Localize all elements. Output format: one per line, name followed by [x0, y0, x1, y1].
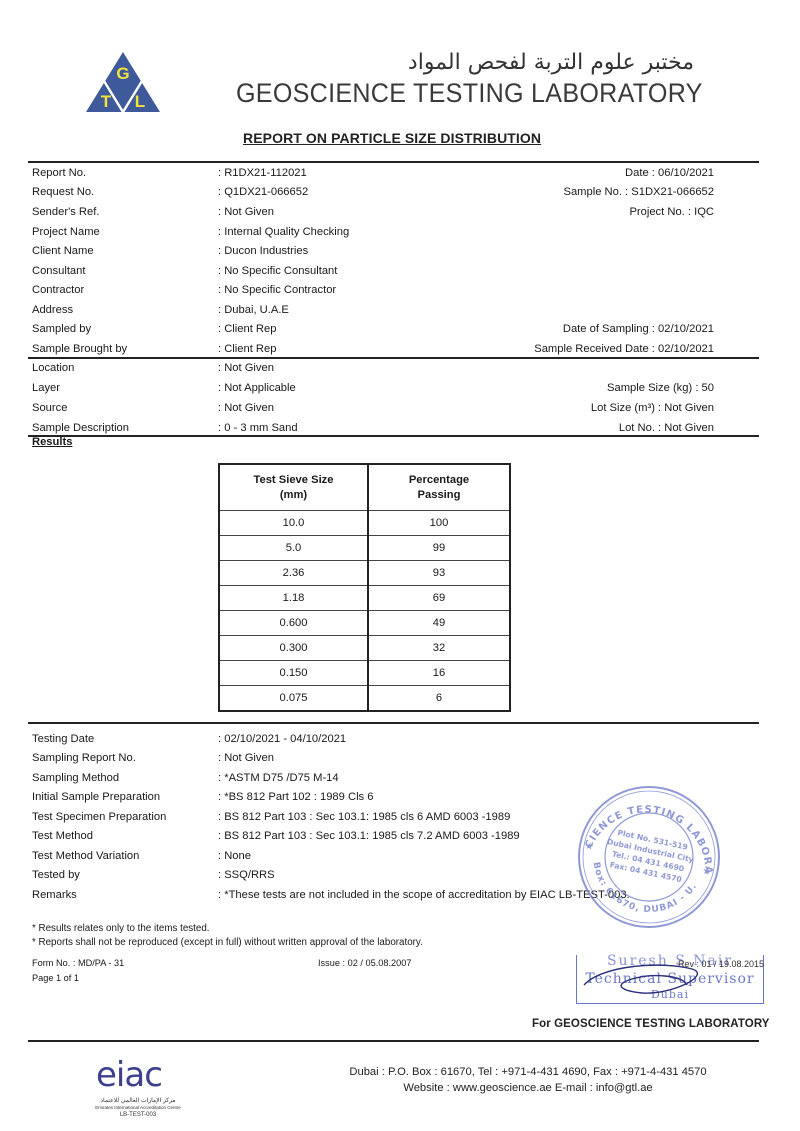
table-row: 0.30032: [219, 636, 510, 661]
info-value: : No Specific Contractor: [218, 282, 336, 298]
lab-name-arabic: مختبر علوم التربة لفحص المواد: [234, 50, 694, 75]
lot-no: Lot No. : Not Given: [619, 420, 714, 436]
info-label: Project Name: [32, 224, 100, 240]
testing-value: : *These tests are not included in the s…: [218, 887, 630, 903]
percentage-passing-cell: 49: [368, 611, 510, 636]
table-row: 2.3693: [219, 561, 510, 586]
signature-stamp: Suresh S Nair Technical Supervisor Dubai…: [572, 955, 768, 1005]
info-label: Sample Description: [32, 420, 129, 436]
info-label: Address: [32, 302, 73, 318]
divider: [28, 435, 759, 437]
table-row: 0.0756: [219, 686, 510, 712]
testing-value: : Not Given: [218, 750, 274, 766]
testing-value: : SSQ/RRS: [218, 867, 275, 883]
svg-text:L: L: [135, 92, 145, 111]
table-row: 1.1869: [219, 586, 510, 611]
testing-value: : None: [218, 848, 251, 864]
testing-value: : *ASTM D75 /D75 M-14: [218, 770, 339, 786]
sample-no: Sample No. : S1DX21-066652: [563, 184, 714, 200]
laboratory-stamp: GEOSCIENCE TESTING LABORATORY P.O.Box: 6…: [574, 782, 724, 932]
note-reproduction: * Reports shall not be reproduced (excep…: [32, 936, 423, 949]
testing-label: Test Specimen Preparation: [32, 809, 166, 825]
info-label: Location: [32, 360, 74, 376]
svg-text:★: ★: [584, 841, 595, 854]
info-label: Sampled by: [32, 321, 91, 337]
sieve-results-table: Test Sieve Size(mm) PercentagePassing 10…: [218, 463, 511, 712]
percentage-passing-cell: 69: [368, 586, 510, 611]
info-value: : Not Given: [218, 204, 274, 220]
footer-contact: Dubai : P.O. Box : 61670, Tel : +971-4-4…: [318, 1064, 738, 1096]
testing-label: Tested by: [32, 867, 80, 883]
info-label: Client Name: [32, 243, 94, 259]
sieve-size-cell: 0.075: [219, 686, 368, 712]
svg-text:★: ★: [701, 866, 712, 879]
divider: [28, 1040, 759, 1042]
footer-web-email: Website : www.geoscience.ae E-mail : inf…: [318, 1080, 738, 1096]
sieve-size-cell: 0.600: [219, 611, 368, 636]
lab-name: GEOSCIENCE TESTING LABORATORY: [236, 78, 703, 109]
info-value: : Dubai, U.A.E: [218, 302, 289, 318]
eiac-logo-icon: eiac: [96, 1055, 162, 1095]
testing-label: Testing Date: [32, 731, 94, 747]
info-value: : Client Rep: [218, 321, 276, 337]
signature-scribble-icon: [572, 955, 768, 1005]
report-title: REPORT ON PARTICLE SIZE DISTRIBUTION: [243, 130, 541, 146]
date-of-sampling: Date of Sampling : 02/10/2021: [563, 321, 714, 337]
sample-size: Sample Size (kg) : 50: [607, 380, 714, 396]
sieve-size-cell: 5.0: [219, 536, 368, 561]
testing-label: Remarks: [32, 887, 77, 903]
project-no: Project No. : IQC: [629, 204, 714, 220]
info-value: : No Specific Consultant: [218, 263, 337, 279]
info-label: Layer: [32, 380, 60, 396]
percentage-passing-cell: 6: [368, 686, 510, 712]
testing-label: Initial Sample Preparation: [32, 789, 160, 805]
sample-received-date: Sample Received Date : 02/10/2021: [534, 341, 714, 357]
lot-size: Lot Size (m³) : Not Given: [591, 400, 714, 416]
info-label: Contractor: [32, 282, 84, 298]
percentage-passing-cell: 16: [368, 661, 510, 686]
results-heading: Results: [32, 436, 72, 448]
page-number: Page 1 of 1: [32, 972, 79, 985]
info-value: : 0 - 3 mm Sand: [218, 420, 298, 436]
divider: [28, 722, 759, 724]
info-value: : R1DX21-112021: [218, 165, 307, 181]
info-label: Sample Brought by: [32, 341, 127, 357]
report-date: Date : 06/10/2021: [625, 165, 714, 181]
issue-info: Issue : 02 / 05.08.2007: [318, 957, 411, 970]
table-row: 10.0100: [219, 511, 510, 536]
table-row: 5.099: [219, 536, 510, 561]
eiac-logo: eiac مركز الإمارات العالمي للاعتماد Emir…: [88, 1055, 200, 1125]
testing-value: : *BS 812 Part 102 : 1989 Cls 6: [218, 789, 373, 805]
sieve-size-cell: 10.0: [219, 511, 368, 536]
divider: [28, 357, 759, 359]
table-row: 0.15016: [219, 661, 510, 686]
testing-label: Sampling Method: [32, 770, 119, 786]
info-value: : Ducon Industries: [218, 243, 308, 259]
sieve-size-cell: 0.150: [219, 661, 368, 686]
info-value: : Not Given: [218, 360, 274, 376]
column-header-percentage-passing: PercentagePassing: [368, 464, 510, 511]
form-number: Form No. : MD/PA - 31: [32, 957, 124, 970]
percentage-passing-cell: 32: [368, 636, 510, 661]
info-label: Source: [32, 400, 67, 416]
testing-label: Sampling Report No.: [32, 750, 136, 766]
table-header-row: Test Sieve Size(mm) PercentagePassing: [219, 464, 510, 511]
info-value: : Not Applicable: [218, 380, 296, 396]
divider: [28, 161, 759, 163]
info-value: : Q1DX21-066652: [218, 184, 308, 200]
table-row: 0.60049: [219, 611, 510, 636]
svg-text:G: G: [116, 64, 129, 83]
info-label: Consultant: [32, 263, 86, 279]
info-label: Report No.: [32, 165, 86, 181]
sieve-size-cell: 2.36: [219, 561, 368, 586]
testing-value: : 02/10/2021 - 04/10/2021: [218, 731, 346, 747]
info-value: : Client Rep: [218, 341, 276, 357]
gtl-logo-icon: G T L: [86, 52, 160, 112]
column-header-sieve-size: Test Sieve Size(mm): [219, 464, 368, 511]
testing-label: Test Method: [32, 828, 93, 844]
note-results: * Results relates only to the items test…: [32, 922, 210, 935]
info-label: Request No.: [32, 184, 94, 200]
info-value: : Not Given: [218, 400, 274, 416]
percentage-passing-cell: 99: [368, 536, 510, 561]
footer-address: Dubai : P.O. Box : 61670, Tel : +971-4-4…: [318, 1064, 738, 1080]
info-value: : Internal Quality Checking: [218, 224, 349, 240]
sieve-size-cell: 0.300: [219, 636, 368, 661]
info-label: Sender's Ref.: [32, 204, 99, 220]
percentage-passing-cell: 93: [368, 561, 510, 586]
svg-text:T: T: [101, 92, 112, 111]
percentage-passing-cell: 100: [368, 511, 510, 536]
sieve-size-cell: 1.18: [219, 586, 368, 611]
for-laboratory-signature-line: For GEOSCIENCE TESTING LABORATORY: [532, 1018, 770, 1030]
testing-value: : BS 812 Part 103 : Sec 103.1: 1985 cls …: [218, 809, 510, 825]
testing-label: Test Method Variation: [32, 848, 139, 864]
testing-value: : BS 812 Part 103 : Sec 103.1: 1985 cls …: [218, 828, 520, 844]
